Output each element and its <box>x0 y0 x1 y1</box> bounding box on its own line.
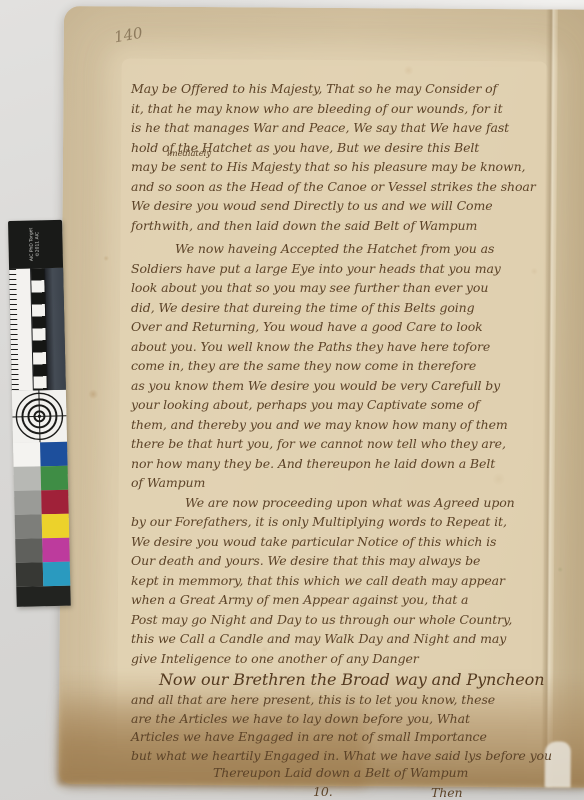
manuscript-line: give Inteligence to one another of any D… <box>131 649 531 669</box>
target-ruler-section <box>9 268 66 391</box>
manuscript-line: may be sent to His Majesty that so his p… <box>131 157 531 177</box>
gray-patch <box>13 442 41 467</box>
bullseye-icon <box>12 390 67 443</box>
manuscript-line: as you know them We desire you would be … <box>131 376 531 396</box>
manuscript-line: there be that hurt you, for we cannot no… <box>131 434 531 454</box>
color-patch <box>41 466 69 491</box>
manuscript-line: by our Forefathers, it is only Multiplyi… <box>131 512 531 532</box>
manuscript-line: Over and Returning, You woud have a good… <box>131 317 531 337</box>
manuscript-line: your looking about, perhaps you may Capt… <box>131 395 531 415</box>
manuscript-line: about you. You well know the Paths they … <box>131 337 531 357</box>
target-label-line1: AIC PhD Target <box>29 228 35 261</box>
chroma-column <box>40 442 70 587</box>
manuscript-line: look about you that so you may see furth… <box>131 278 531 298</box>
ruler-scale <box>9 268 34 390</box>
manuscript-paragraph: We are now proceeding upon what was Agre… <box>131 493 531 669</box>
manuscript-line: Articles we have Engaged in are not of s… <box>131 728 531 747</box>
adjacent-leaf-edge <box>553 9 584 787</box>
gray-patch <box>15 538 43 563</box>
manuscript-line: kept in memmory, that this which we call… <box>131 571 531 591</box>
manuscript-line: when a Great Army of men Appear against … <box>131 590 531 610</box>
manuscript-line: are the Articles we have to lay down bef… <box>131 710 531 729</box>
manuscript-line: We desire you woud take particular Notic… <box>131 532 531 552</box>
grayscale-column <box>13 442 43 587</box>
manuscript-line: Post may go Night and Day to us through … <box>131 610 531 630</box>
manuscript-line: Now our Brethren the Broad way and Pynch… <box>131 668 531 691</box>
target-label-text: AIC PhD Target ©2011 AIC <box>29 228 42 262</box>
manuscript-text: imediately May be Offered to his Majesty… <box>131 79 531 800</box>
manuscript-paragraph: Now our Brethren the Broad way and Pynch… <box>131 668 531 765</box>
manuscript-line: We are now proceeding upon what was Agre… <box>131 493 531 513</box>
catchword: Then <box>431 783 462 800</box>
manuscript-line: is he that manages War and Peace, We say… <box>131 118 531 138</box>
manuscript-line: this we Call a Candle and may Walk Day a… <box>131 629 531 649</box>
manuscript-line: nor how many they be. And thereupon he l… <box>131 454 531 474</box>
color-patch <box>40 442 68 467</box>
manuscript-line: May be Offered to his Majesty, That so h… <box>131 79 531 99</box>
black-bottom-patch <box>16 586 70 607</box>
manuscript-line: of Wampum <box>131 473 531 493</box>
interlinear-insertion: imediately <box>167 150 211 159</box>
manuscript-line: and so soon as the Head of the Canoe or … <box>131 177 531 197</box>
color-calibration-target: AIC PhD Target ©2011 AIC <box>8 220 71 607</box>
manuscript-line: Our death and yours. We desire that this… <box>131 551 531 571</box>
bullseye-target <box>12 390 67 443</box>
manuscript-line: and all that are here present, this is t… <box>131 691 531 710</box>
manuscript-line: did, We desire that dureing the time of … <box>131 298 531 318</box>
manuscript-line: come in, they are the same they now come… <box>131 356 531 376</box>
gray-patch <box>14 466 42 491</box>
gray-patch <box>14 490 42 515</box>
color-patch <box>42 538 70 563</box>
color-patch <box>42 514 70 539</box>
manuscript-paragraph: We now haveing Accepted the Hatchet from… <box>131 239 531 493</box>
manuscript-line: them, and thereby you and we may know ho… <box>131 415 531 435</box>
manuscript-line: forthwith, and then laid down the said B… <box>131 216 531 236</box>
gray-patch <box>16 562 44 587</box>
color-patch-grid <box>13 442 70 587</box>
manuscript-line: We now haveing Accepted the Hatchet from… <box>131 239 531 259</box>
page-footer: 10. Then <box>131 782 531 800</box>
closing-line: Thereupon Laid down a Belt of Wampum <box>131 763 531 783</box>
manuscript-line: Soldiers have put a large Eye into your … <box>131 259 531 279</box>
gray-patch <box>15 514 43 539</box>
slate-patch <box>45 268 66 390</box>
photographed-manuscript-scan: 140 imediately May be Offered to his Maj… <box>0 0 584 800</box>
bottom-page-number: 10. <box>313 782 333 800</box>
manuscript-line: We desire you woud send Directly to us a… <box>131 196 531 216</box>
target-label-line2: ©2011 AIC <box>35 232 41 257</box>
target-label-panel: AIC PhD Target ©2011 AIC <box>8 220 63 269</box>
color-patch <box>41 490 69 515</box>
color-patch <box>43 562 71 587</box>
manuscript-line: it, that he may know who are bleeding of… <box>131 99 531 119</box>
